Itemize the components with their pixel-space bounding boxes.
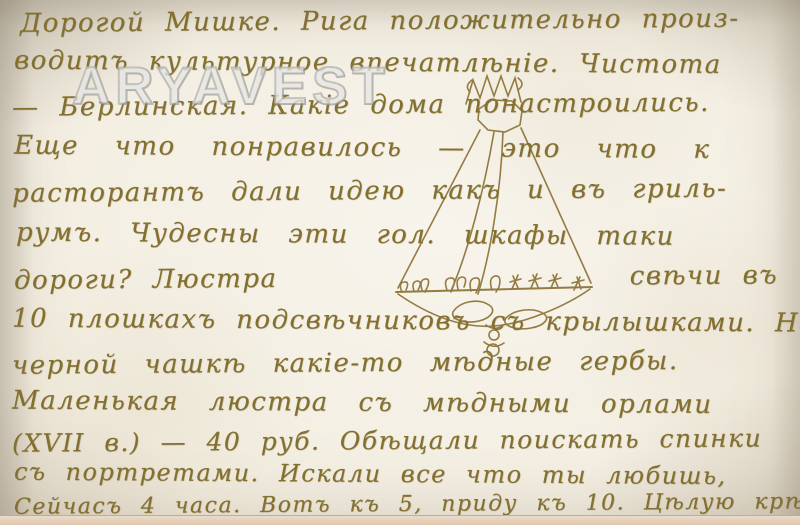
scan-bottom-edge xyxy=(0,515,800,525)
handwriting-line-4: Еще что понравилось — это что к xyxy=(14,131,792,166)
handwriting-line-8: 10 плошкахъ подсвѣчниковъ съ крылышками.… xyxy=(12,304,792,339)
postcard-scan: Дорогой Мишке. Рига положительно произ- … xyxy=(0,0,800,525)
handwriting-line-1: Дорогой Мишке. Рига положительно произ- xyxy=(20,3,792,38)
handwriting-line-10: Маленькая люстра съ мѣдными орлами xyxy=(12,386,792,421)
handwriting-line-7: дороги? Люстра свѣчи въ xyxy=(14,260,792,295)
handwriting-line-3: — Берлинская. Какіе дома понастроились. xyxy=(12,87,792,122)
handwriting-line-6: румъ. Чудесны эти гол. шкафы таки xyxy=(16,218,792,253)
handwriting-line-9: черной чашкѣ какіе-то мѣдные гербы. xyxy=(12,345,792,380)
handwritten-text: Дорогой Мишке. Рига положительно произ- … xyxy=(12,0,792,525)
handwriting-line-7-left: дороги? Люстра xyxy=(14,264,278,296)
handwriting-line-7-right: свѣчи въ xyxy=(630,260,778,291)
handwriting-line-11: (XVII в.) — 40 руб. Обѣщали поискать спи… xyxy=(12,423,792,457)
handwriting-line-2: водитъ культурное впечатлѣніе. Чистота xyxy=(14,46,792,81)
handwriting-line-12: съ портретами. Искали все что ты любишь, xyxy=(14,458,792,491)
handwriting-line-5: расторантъ дали идею какъ и въ гриль- xyxy=(12,173,792,208)
